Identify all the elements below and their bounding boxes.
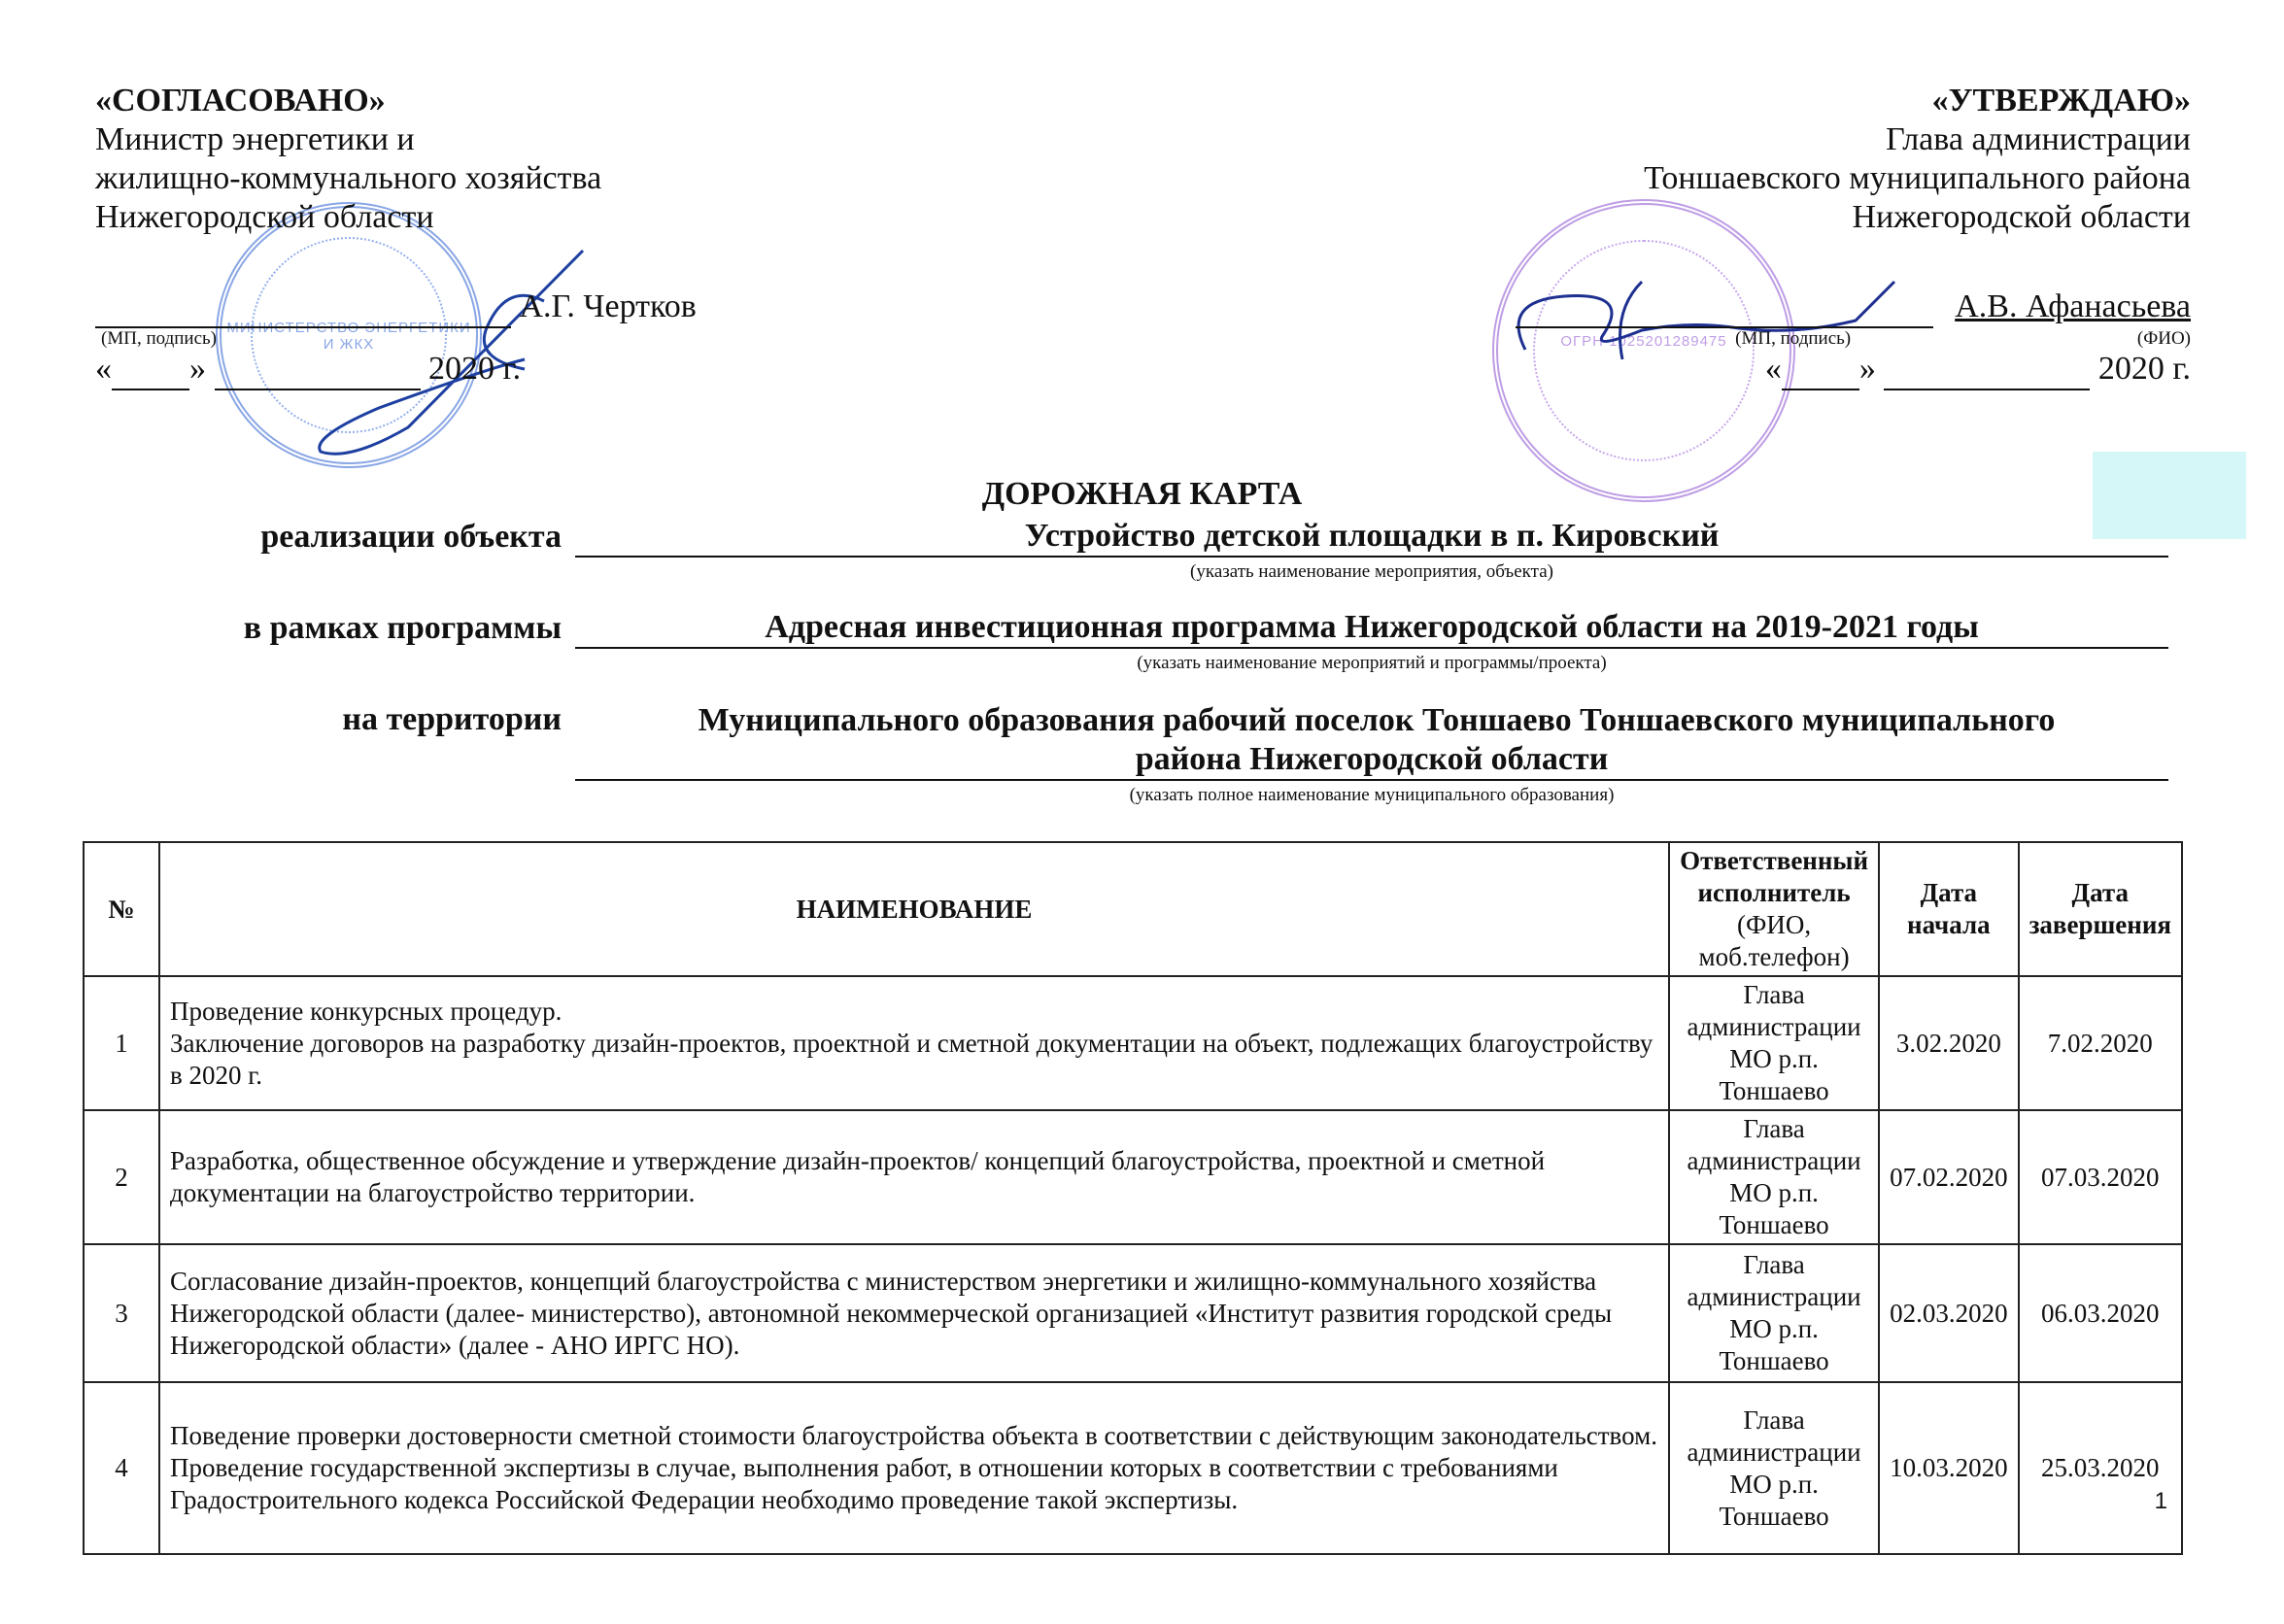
row-num: 3 [84, 1244, 159, 1382]
table-row: 1 Проведение конкурсных процедур. Заключ… [84, 976, 2182, 1110]
day-blank [112, 350, 189, 390]
row-name-line: Проведение государственной экспертизы в … [170, 1452, 1658, 1516]
row-name-line: Поведение проверки достоверности сметной… [170, 1420, 1658, 1452]
header-num: № [84, 842, 159, 976]
approval-left-position-2: жилищно-коммунального хозяйства [95, 159, 775, 198]
approval-left-signature-hint: (МП, подпись) [101, 328, 775, 350]
row-end-date: 7.02.2020 [2019, 976, 2182, 1110]
approval-right-signature-hint: (МП, подпись) [1735, 328, 1851, 349]
approval-right: «УТВЕРЖДАЮ» Глава администрации Тоншаевс… [1452, 82, 2191, 390]
row-responsible-line1: Глава администрации [1680, 979, 1868, 1043]
approval-right-position-1: Глава администрации [1452, 120, 2191, 159]
approval-right-hints: (МП, подпись) (ФИО) [1452, 328, 2191, 350]
row-responsible: Глава администрации МО р.п. Тоншаево [1669, 1244, 1879, 1382]
row-num: 2 [84, 1110, 159, 1244]
field-territory-hint: (указать полное наименование муниципальн… [575, 785, 2168, 806]
approval-left-year: 2020 г. [428, 351, 521, 387]
row-name: Поведение проверки достоверности сметной… [159, 1382, 1669, 1554]
row-responsible: Глава администрации МО р.п. Тоншаево [1669, 1382, 1879, 1554]
document-title: ДОРОЖНАЯ КАРТА [0, 476, 2284, 513]
month-blank [1884, 350, 2090, 390]
row-name: Проведение конкурсных процедур. Заключен… [159, 976, 1669, 1110]
field-program-hint: (указать наименование мероприятий и прог… [575, 653, 2168, 674]
header-end-line1: Дата [2029, 877, 2171, 909]
row-num: 4 [84, 1382, 159, 1554]
table-row: 2 Разработка, общественное обсуждение и … [84, 1110, 2182, 1244]
signature-line [1516, 288, 1933, 328]
header-end-date: Дата завершения [2019, 842, 2182, 976]
approval-right-name-hint: (ФИО) [2137, 328, 2191, 349]
header-responsible-line2: исполнитель [1680, 877, 1868, 909]
row-start-date: 3.02.2020 [1879, 976, 2019, 1110]
row-responsible-line1: Глава администрации [1680, 1113, 1868, 1177]
approval-right-signer: А.В. Афанасьева [1955, 288, 2191, 324]
table-row: 4 Поведение проверки достоверности сметн… [84, 1382, 2182, 1554]
row-responsible-line2: МО р.п. Тоншаево [1680, 1043, 1868, 1107]
approval-left-position-3: Нижегородской области [95, 198, 775, 237]
row-name-line: Заключение договоров на разработку дизай… [170, 1028, 1658, 1092]
header-start-date: Дата начала [1879, 842, 2019, 976]
row-num: 1 [84, 976, 159, 1110]
row-name: Разработка, общественное обсуждение и ут… [159, 1110, 1669, 1244]
field-territory-value-line2: района Нижегородской области [575, 740, 2168, 781]
table-row: 3 Согласование дизайн-проектов, концепци… [84, 1244, 2182, 1382]
row-name-line: Разработка, общественное обсуждение и ут… [170, 1145, 1658, 1209]
approval-right-position-3: Нижегородской области [1452, 198, 2191, 237]
date-open-quote: « [95, 351, 112, 387]
date-close-quote: » [1859, 351, 1876, 387]
approval-right-signature-row: А.В. Афанасьева [1452, 288, 2191, 328]
day-blank [1782, 350, 1859, 390]
field-territory-label: на территории [95, 701, 562, 738]
approval-left: «СОГЛАСОВАНО» Министр энергетики и жилищ… [95, 82, 775, 390]
field-object-label: реализации объекта [95, 519, 562, 556]
header-responsible-line1: Ответственный [1680, 845, 1868, 877]
approval-right-position-2: Тоншаевского муниципального района [1452, 159, 2191, 198]
approval-left-signer: А.Г. Чертков [520, 288, 697, 324]
table-header-row: № НАИМЕНОВАНИЕ Ответственный исполнитель… [84, 842, 2182, 976]
row-start-date: 07.02.2020 [1879, 1110, 2019, 1244]
row-responsible-line1: Глава администрации [1680, 1404, 1868, 1469]
row-start-date: 02.03.2020 [1879, 1244, 2019, 1382]
date-open-quote: « [1765, 351, 1782, 387]
approval-left-position-1: Министр энергетики и [95, 120, 775, 159]
row-end-date: 07.03.2020 [2019, 1110, 2182, 1244]
field-program-value: Адресная инвестиционная программа Нижего… [575, 608, 2168, 649]
roadmap-table: № НАИМЕНОВАНИЕ Ответственный исполнитель… [83, 841, 2183, 1555]
field-territory-value-line1: Муниципального образования рабочий посел… [575, 701, 2178, 740]
row-responsible: Глава администрации МО р.п. Тоншаево [1669, 1110, 1879, 1244]
approval-left-date-row: « » 2020 г. [95, 350, 775, 390]
header-name: НАИМЕНОВАНИЕ [159, 842, 1669, 976]
header-responsible: Ответственный исполнитель (ФИО, моб.теле… [1669, 842, 1879, 976]
month-blank [215, 350, 421, 390]
approval-left-heading: «СОГЛАСОВАНО» [95, 82, 775, 120]
row-responsible-line2: МО р.п. Тоншаево [1680, 1313, 1868, 1377]
header-end-line2: завершения [2029, 909, 2171, 941]
row-responsible-line2: МО р.п. Тоншаево [1680, 1469, 1868, 1533]
row-name-line: Согласование дизайн-проектов, концепций … [170, 1266, 1658, 1362]
approval-left-signature-row: А.Г. Чертков [95, 288, 775, 328]
approval-right-heading: «УТВЕРЖДАЮ» [1452, 82, 2191, 120]
signature-line [95, 288, 511, 328]
row-responsible: Глава администрации МО р.п. Тоншаево [1669, 976, 1879, 1110]
row-name-line: Проведение конкурсных процедур. [170, 996, 1658, 1028]
row-responsible-line1: Глава администрации [1680, 1249, 1868, 1313]
approval-right-year: 2020 г. [2098, 351, 2191, 387]
date-close-quote: » [189, 351, 206, 387]
field-program-label: в рамках программы [95, 610, 562, 647]
row-name: Согласование дизайн-проектов, концепций … [159, 1244, 1669, 1382]
page-number: 1 [2155, 1488, 2167, 1515]
row-start-date: 10.03.2020 [1879, 1382, 2019, 1554]
row-end-date: 25.03.2020 [2019, 1382, 2182, 1554]
header-responsible-line3: (ФИО, моб.телефон) [1680, 909, 1868, 973]
field-object-value: Устройство детской площадки в п. Кировск… [575, 517, 2168, 558]
row-responsible-line2: МО р.п. Тоншаево [1680, 1177, 1868, 1241]
row-end-date: 06.03.2020 [2019, 1244, 2182, 1382]
approval-right-date-row: « » 2020 г. [1452, 350, 2191, 390]
field-object-hint: (указать наименование мероприятия, объек… [575, 561, 2168, 583]
